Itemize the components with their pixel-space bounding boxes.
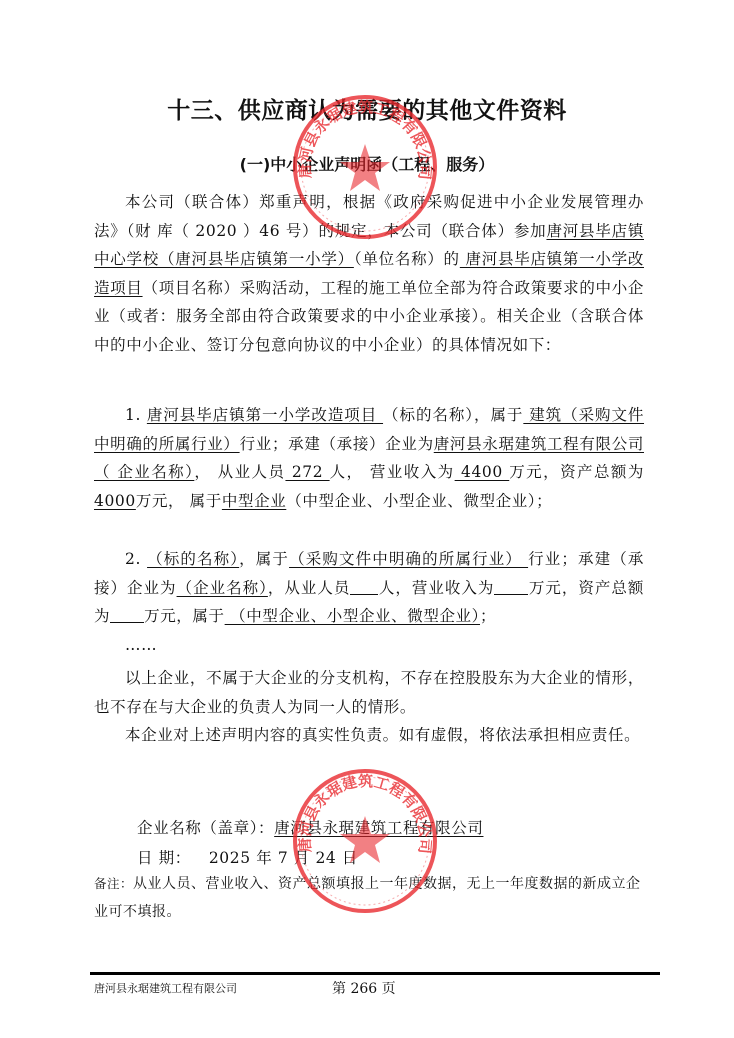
no-large-enterprise-statement: 以上企业，不属于大企业的分支机构，不存在控股股东为大企业的情形，也不存在与大企业… <box>94 664 644 721</box>
item2-assets-blank <box>110 606 144 623</box>
intro-paragraph: 本公司（联合体）郑重声明，根据《政府采购促进中小企业发展管理办法》（财 库（ 2… <box>94 188 644 359</box>
truthfulness-statement: 本企业对上述声明内容的真实性负责。如有虚假，将依法承担相应责任。 <box>94 721 644 750</box>
date-value: 2025 年 7 月 24 日 <box>209 849 358 867</box>
document-page: 十三、供应商认为需要的其他文件资料 (一)中小企业声明函（工程、服务） 本公司（… <box>0 0 734 1038</box>
company-name: 唐河县永琚建筑工程有限公司 <box>274 819 483 837</box>
item2-industry: （采购文件中明确的所属行业） <box>289 550 528 568</box>
ellipsis: …… <box>94 631 644 660</box>
section-subtitle: (一)中小企业声明函（工程、服务） <box>0 152 734 175</box>
declaration-intro: 本公司（联合体）郑重声明，根据《政府采购促进中小企业发展管理办法》（财 库（ 2… <box>94 188 644 359</box>
enterprise-item-1: 1. 唐河县毕店镇第一小学改造项目 （标的名称），属于 建筑（采购文件中明确的所… <box>94 401 644 515</box>
item1-assets: 4000 <box>94 492 136 510</box>
item2-target: （标的名称） <box>147 550 239 568</box>
page-number: 第 266 页 <box>332 978 396 998</box>
enterprise-item-2: 2. （标的名称），属于（采购文件中明确的所属行业） 行业；承建（承接）企业为（… <box>94 545 644 659</box>
remark-note: 备注：从业人员、营业收入、资产总额填报上一年度数据，无上一年度数据的新成立企业可… <box>94 870 644 926</box>
item1-target: 唐河县毕店镇第一小学改造项目 <box>147 406 383 424</box>
item1-staff: 272 <box>285 463 329 481</box>
footer-company: 唐河县永琚建筑工程有限公司 <box>94 980 237 996</box>
item2-company: （企业名称） <box>177 579 268 597</box>
item1-revenue: 4400 <box>455 463 510 481</box>
closing-statements: 以上企业，不属于大企业的分支机构，不存在控股股东为大企业的情形，也不存在与大企业… <box>94 664 644 750</box>
svg-text:唐河县永琚建筑工程有限公司: 唐河县永琚建筑工程有限公司 <box>296 772 435 854</box>
item2-scale: （中型企业、小型企业、微型企业） <box>225 607 480 625</box>
item1-scale: 中型企业 <box>222 492 286 510</box>
signature-date: 日 期：2025 年 7 月 24 日 <box>137 846 358 868</box>
remark-label: 备注： <box>94 876 133 891</box>
footer-divider <box>90 972 660 975</box>
item2-revenue-blank <box>494 578 528 595</box>
company-signature: 企业名称（盖章）：唐河县永琚建筑工程有限公司 <box>137 816 483 838</box>
item2-staff-blank <box>350 578 378 595</box>
page-title: 十三、供应商认为需要的其他文件资料 <box>0 92 734 125</box>
